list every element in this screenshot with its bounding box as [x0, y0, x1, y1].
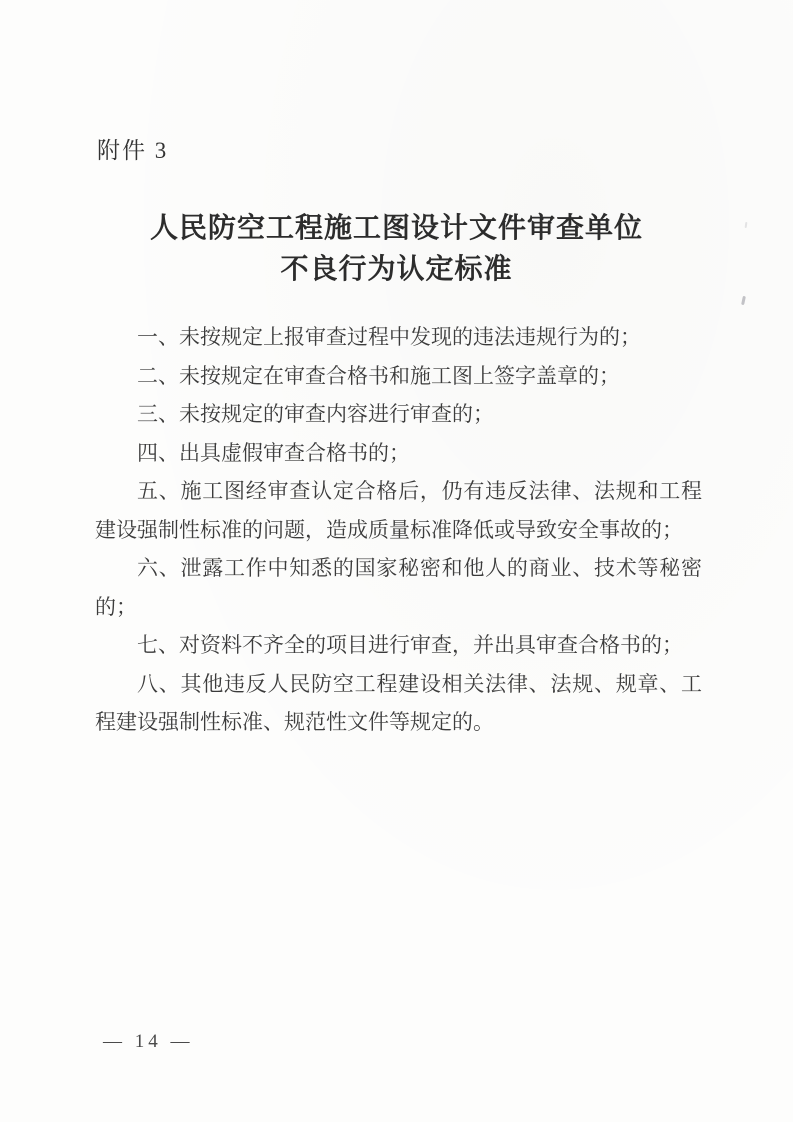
- page-number: — 14 —: [103, 1031, 194, 1053]
- list-item-2: 二、未按规定在审查合格书和施工图上签字盖章的；: [95, 357, 702, 396]
- attachment-label: 附件 3: [97, 132, 168, 165]
- title-line-1: 人民防空工程施工图设计文件审查单位: [0, 208, 793, 249]
- document-page: 附件 3 人民防空工程施工图设计文件审查单位 不良行为认定标准 一、未按规定上报…: [0, 0, 793, 1122]
- list-item-7: 七、对资料不齐全的项目进行审查，并出具审查合格书的；: [95, 626, 702, 665]
- list-item-4: 四、出具虚假审查合格书的；: [95, 434, 702, 473]
- document-body: 一、未按规定上报审查过程中发现的违法违规行为的； 二、未按规定在审查合格书和施工…: [95, 318, 702, 742]
- list-item-1: 一、未按规定上报审查过程中发现的违法违规行为的；: [95, 318, 702, 357]
- title-line-2: 不良行为认定标准: [0, 249, 793, 290]
- list-item-6: 六、泄露工作中知悉的国家秘密和他人的商业、技术等秘密的；: [95, 549, 702, 626]
- list-item-3: 三、未按规定的审查内容进行审查的；: [95, 395, 702, 434]
- scan-artifact: [741, 296, 746, 305]
- document-title: 人民防空工程施工图设计文件审查单位 不良行为认定标准: [0, 208, 793, 290]
- list-item-8: 八、其他违反人民防空工程建设相关法律、法规、规章、工程建设强制性标准、规范性文件…: [95, 665, 702, 742]
- list-item-5: 五、施工图经审查认定合格后，仍有违反法律、法规和工程建设强制性标准的问题，造成质…: [95, 472, 702, 549]
